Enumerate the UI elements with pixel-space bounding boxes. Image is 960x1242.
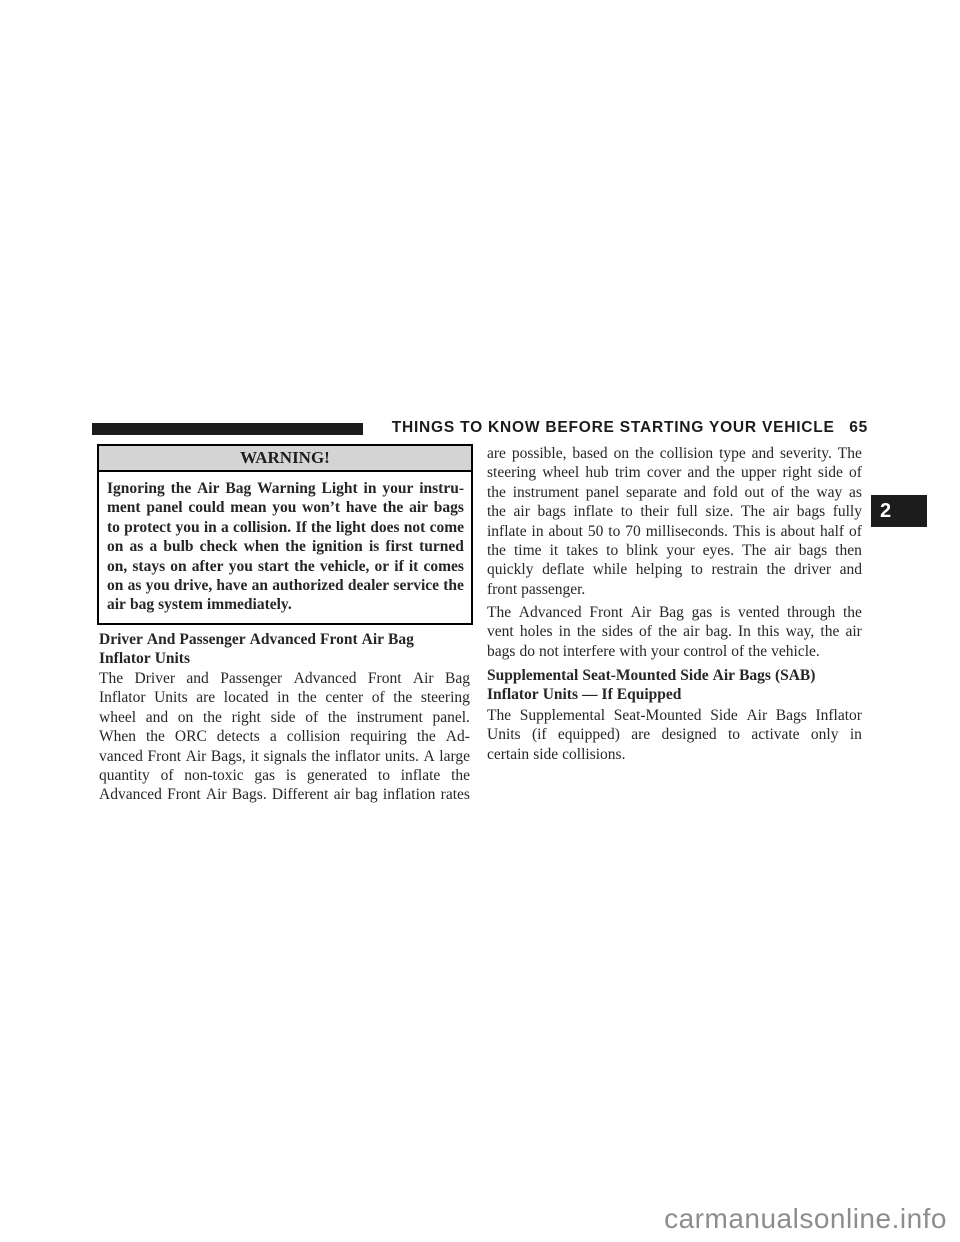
text-line: vancedFrontAirBags,itsignalstheinflatoru…: [99, 747, 470, 766]
text-line: DriverAndPassengerAdvancedFrontAirBag: [99, 630, 473, 649]
text-line: InflatorUnits—IfEquipped: [487, 685, 862, 704]
text-line: inflateinabout50to70milliseconds.Thisisa…: [487, 522, 862, 541]
paragraph-inflator-units: TheDriverandPassengerAdvancedFrontAirBag…: [99, 669, 470, 805]
text-line: frontpassenger.: [487, 580, 862, 599]
text-line: wheelandontherightsideoftheinstrumentpan…: [99, 708, 470, 727]
text-line: InflatorUnits: [99, 649, 473, 668]
text-line: theairbagsinflatetotheirfullsize.Theairb…: [487, 502, 862, 521]
text-line: airbagsystemimmediately.: [107, 595, 464, 614]
text-line: quantityofnon-toxicgasisgeneratedtoinfla…: [99, 766, 470, 785]
text-line: AdvancedFrontAirBags.Differentairbaginfl…: [99, 785, 470, 804]
text-line: mentpanelcouldmeanyouwon’thavetheairbags: [107, 498, 464, 517]
text-line: TheDriverandPassengerAdvancedFrontAirBag: [99, 669, 470, 688]
text-line: toprotectyouinacollision.Ifthelightdoesn…: [107, 518, 464, 537]
text-line: Units(ifequipped)aredesignedtoactivateon…: [487, 725, 862, 744]
text-line: TheSupplementalSeat-MountedSideAirBagsIn…: [487, 706, 862, 725]
page-number: 65: [849, 419, 868, 436]
manual-page: THINGS TO KNOW BEFORE STARTING YOUR VEHI…: [0, 0, 960, 1242]
text-line: bagsdonotinterferewithyourcontroloftheve…: [487, 642, 862, 661]
text-line: ventholesinthesidesoftheairbag.Inthisway…: [487, 622, 862, 641]
text-line: TheAdvancedFrontAirBaggasisventedthrough…: [487, 603, 862, 622]
text-line: certainsidecollisions.: [487, 745, 862, 764]
text-line: WhentheORCdetectsacollisionrequiringtheA…: [99, 727, 470, 746]
running-header: THINGS TO KNOW BEFORE STARTING YOUR VEHI…: [392, 419, 868, 437]
warning-body: IgnoringtheAirBagWarningLightinyourinstr…: [99, 472, 471, 623]
section-heading-driver-passenger-inflator: DriverAndPassengerAdvancedFrontAirBagInf…: [99, 630, 473, 669]
text-line: onasyoudrive,haveanauthorizeddealerservi…: [107, 576, 464, 595]
text-line: steeringwheelhubtrimcoverandtheupperrigh…: [487, 463, 862, 482]
watermark-text: carmanualsonline.info: [664, 1203, 947, 1235]
text-line: theinstrumentpanelseparateandfoldoutofth…: [487, 483, 862, 502]
running-header-title: THINGS TO KNOW BEFORE STARTING YOUR VEHI…: [392, 419, 835, 436]
text-line: onasabulbcheckwhentheignitionisfirstturn…: [107, 537, 464, 556]
paragraph-airbag-deployment: arepossible,basedonthecollisiontypeandse…: [487, 444, 862, 599]
text-line: InflatorUnitsarelocatedinthecenterofthes…: [99, 688, 470, 707]
warning-title: WARNING!: [99, 446, 471, 472]
text-line: arepossible,basedonthecollisiontypeandse…: [487, 444, 862, 463]
text-line: IgnoringtheAirBagWarningLightinyourinstr…: [107, 479, 464, 498]
warning-box: WARNING! IgnoringtheAirBagWarningLightin…: [97, 444, 473, 625]
text-line: on,staysonafteryoustartthevehicle,orifit…: [107, 557, 464, 576]
paragraph-sab-activation: TheSupplementalSeat-MountedSideAirBagsIn…: [487, 706, 862, 764]
chapter-tab: 2: [871, 495, 927, 527]
paragraph-airbag-venting: TheAdvancedFrontAirBaggasisventedthrough…: [487, 603, 862, 661]
text-line: quicklydeflatewhilehelpingtorestrainthed…: [487, 560, 862, 579]
section-heading-sab-inflator: SupplementalSeat-MountedSideAirBags(SAB)…: [487, 666, 862, 705]
text-line: SupplementalSeat-MountedSideAirBags(SAB): [487, 666, 862, 685]
text-line: thetimeittakestoblinkyoureyes.Theairbags…: [487, 541, 862, 560]
header-rule-bar: [92, 423, 363, 435]
